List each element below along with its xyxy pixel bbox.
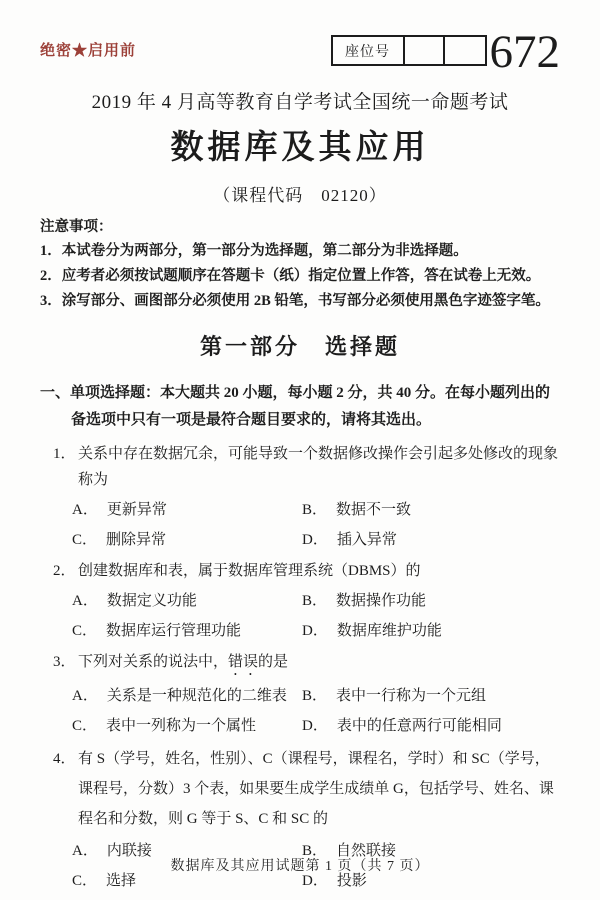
question-1: 1． 关系中存在数据冗余，可能导致一个数据修改操作会引起多处修改的现象称为 A．… xyxy=(40,441,560,551)
option-a-text: 更新异常 xyxy=(107,502,167,518)
option-c-text: 删除异常 xyxy=(106,532,166,548)
seat-number-group: 座位号 672 xyxy=(331,30,561,74)
option-c-text: 选择 xyxy=(106,873,136,889)
option-d-text: 投影 xyxy=(337,873,367,889)
option-c-label: C． xyxy=(72,623,97,639)
question-3: 3． 下列对关系的说法中，错误的是 A．关系是一种规范化的二维表 B．表中一行称… xyxy=(40,649,560,737)
question-2-options: A．数据定义功能 B．数据操作功能 C．数据库运行管理功能 D．数据库维护功能 xyxy=(72,590,560,642)
section-intro: 一、单项选择题：本大题共 20 小题，每小题 2 分，共 40 分。在每小题列出… xyxy=(40,380,560,434)
option-a-text: 关系是一种规范化的二维表 xyxy=(107,688,287,704)
part-one-heading: 第一部分 选择题 xyxy=(40,330,560,361)
question-3-stem-emphasis: 错误 xyxy=(228,654,258,670)
question-1-number: 1． xyxy=(53,441,76,467)
notice-item-3: 3．涂写部分、画图部分必须使用 2B 铅笔，书写部分必须使用黑色字迹签字笔。 xyxy=(40,289,560,314)
option-b-label: B． xyxy=(302,688,327,704)
seat-cell-empty-1 xyxy=(405,37,445,64)
option-b: B．数据操作功能 xyxy=(302,590,560,612)
question-1-stem: 关系中存在数据冗余，可能导致一个数据修改操作会引起多处修改的现象称为 xyxy=(78,441,560,493)
exam-paper-page: 绝密★启用前 座位号 672 2019 年 4 月高等教育自学考试全国统一命题考… xyxy=(0,0,600,900)
option-d-label: D． xyxy=(302,532,328,548)
option-a: A．关系是一种规范化的二维表 xyxy=(72,685,302,707)
seat-number-box: 座位号 xyxy=(331,35,487,66)
classification-label: 绝密★启用前 xyxy=(40,39,136,60)
option-d: D．插入异常 xyxy=(302,529,560,551)
question-3-stem: 下列对关系的说法中，错误的是 xyxy=(78,649,560,679)
seat-number-label: 座位号 xyxy=(333,37,405,64)
exam-session-title: 2019 年 4 月高等教育自学考试全国统一命题考试 xyxy=(40,87,560,114)
question-3-number: 3． xyxy=(53,649,76,675)
notice-section: 注意事项： 1．本试卷分为两部分，第一部分为选择题，第二部分为非选择题。 2．应… xyxy=(40,215,560,314)
option-b: B．表中一行称为一个元组 xyxy=(302,685,560,707)
option-b-label: B． xyxy=(302,502,327,518)
option-b-text: 数据操作功能 xyxy=(336,593,426,609)
option-c: C．删除异常 xyxy=(72,529,302,551)
option-a-text: 数据定义功能 xyxy=(107,593,197,609)
question-4-stem: 有 S（学号，姓名，性别）、C（课程号，课程名，学时）和 SC（学号，课程号，分… xyxy=(78,744,560,834)
option-b-text: 表中一行称为一个元组 xyxy=(336,688,486,704)
option-c-label: C． xyxy=(72,532,97,548)
question-4-number: 4． xyxy=(53,744,76,774)
question-3-options: A．关系是一种规范化的二维表 B．表中一行称为一个元组 C．表中一列称为一个属性… xyxy=(72,685,560,737)
question-1-options: A．更新异常 B．数据不一致 C．删除异常 D．插入异常 xyxy=(72,499,560,551)
option-b: B．数据不一致 xyxy=(302,499,560,521)
option-d: D．数据库维护功能 xyxy=(302,620,560,642)
option-d-label: D． xyxy=(302,873,328,889)
option-a-label: A． xyxy=(72,502,98,518)
page-footer: 数据库及其应用试题第 1 页（共 7 页） xyxy=(0,855,600,875)
option-c-text: 数据库运行管理功能 xyxy=(106,623,241,639)
option-a-label: A． xyxy=(72,593,98,609)
question-3-stem-after: 的是 xyxy=(258,654,288,670)
option-d-text: 插入异常 xyxy=(337,532,397,548)
question-2: 2． 创建数据库和表，属于数据库管理系统（DBMS）的 A．数据定义功能 B．数… xyxy=(40,558,560,642)
option-a-label: A． xyxy=(72,688,98,704)
paper-number: 672 xyxy=(490,30,561,74)
option-a: A．更新异常 xyxy=(72,499,302,521)
option-d-text: 数据库维护功能 xyxy=(337,623,442,639)
option-d-label: D． xyxy=(302,718,328,734)
option-d: D．表中的任意两行可能相同 xyxy=(302,715,560,737)
option-d-label: D． xyxy=(302,623,328,639)
question-list: 1． 关系中存在数据冗余，可能导致一个数据修改操作会引起多处修改的现象称为 A．… xyxy=(40,441,560,892)
option-c-label: C． xyxy=(72,873,97,889)
course-code: （课程代码 02120） xyxy=(40,181,560,206)
option-b-label: B． xyxy=(302,593,327,609)
notice-item-1: 1．本试卷分为两部分，第一部分为选择题，第二部分为非选择题。 xyxy=(40,239,560,264)
option-c-label: C． xyxy=(72,718,97,734)
option-b-text: 数据不一致 xyxy=(336,502,411,518)
notice-heading: 注意事项： xyxy=(40,215,560,239)
question-2-number: 2． xyxy=(53,558,76,584)
question-2-stem: 创建数据库和表，属于数据库管理系统（DBMS）的 xyxy=(78,558,560,584)
page-header: 绝密★启用前 座位号 672 xyxy=(40,30,560,76)
option-c: C．数据库运行管理功能 xyxy=(72,620,302,642)
option-d-text: 表中的任意两行可能相同 xyxy=(337,718,502,734)
option-a: A．数据定义功能 xyxy=(72,590,302,612)
option-c-text: 表中一列称为一个属性 xyxy=(106,718,256,734)
seat-cell-empty-2 xyxy=(445,37,485,64)
option-c: C．表中一列称为一个属性 xyxy=(72,715,302,737)
subject-title: 数据库及其应用 xyxy=(40,121,560,168)
question-3-stem-before: 下列对关系的说法中， xyxy=(78,654,228,670)
notice-item-2: 2．应考者必须按试题顺序在答题卡（纸）指定位置上作答，答在试卷上无效。 xyxy=(40,264,560,289)
